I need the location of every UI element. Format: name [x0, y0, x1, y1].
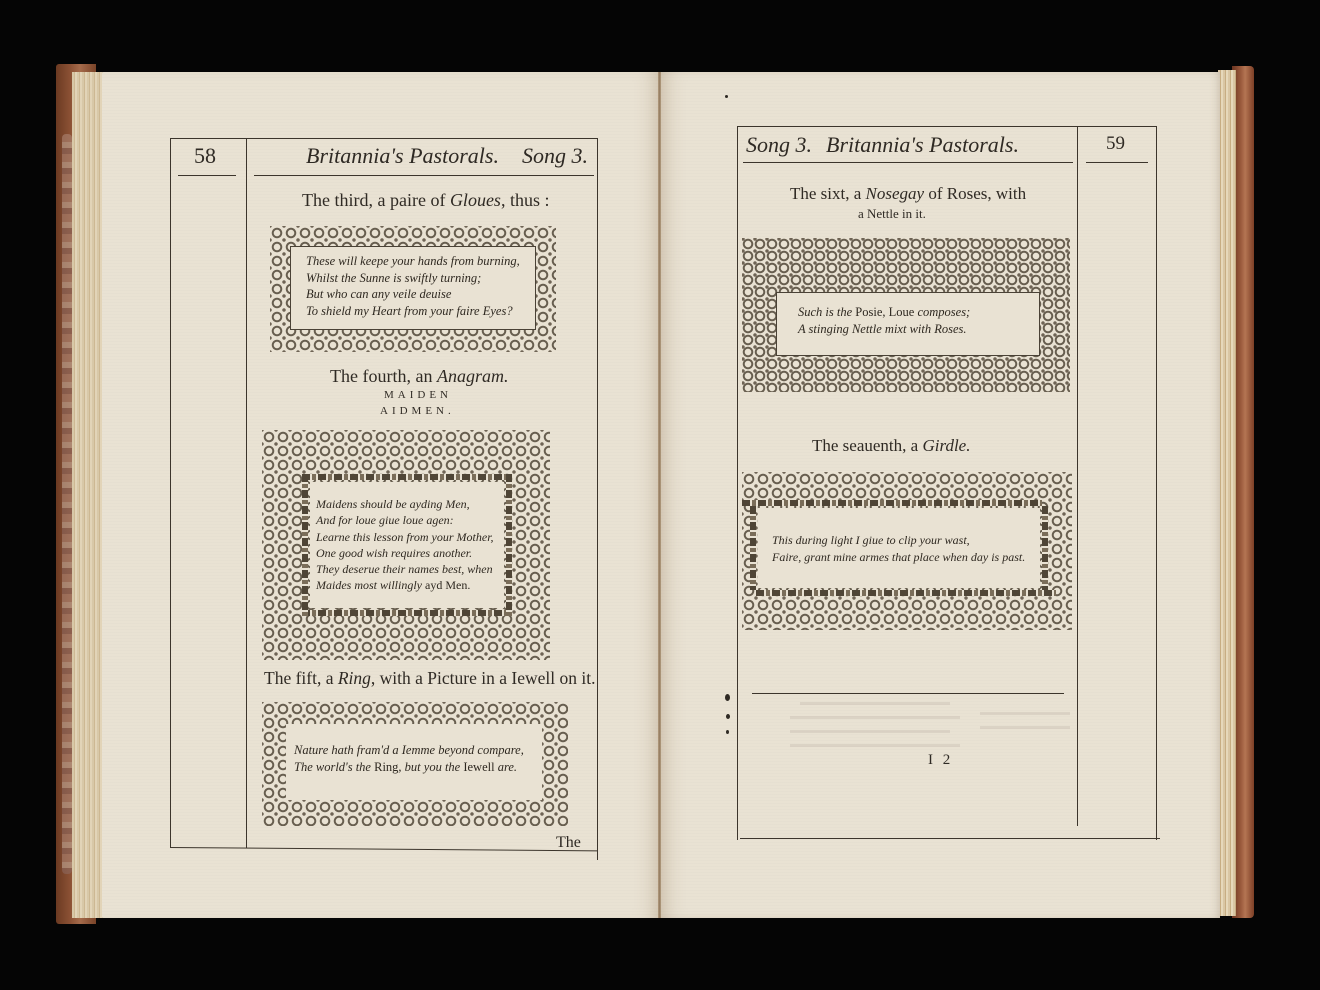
chain-border-left — [302, 474, 308, 616]
running-title-left: Britannia's Pastorals. — [306, 143, 499, 169]
verse-nosegay: Such is the Posie, Loue composes; A stin… — [798, 304, 970, 337]
anagram-aidmen: AIDMEN. — [380, 405, 455, 417]
signature-mark: I 2 — [928, 752, 953, 769]
caption-gloves: The third, a paire of Gloues, thus : — [302, 190, 549, 211]
fore-edge-right — [1218, 70, 1236, 916]
verse-anagram: Maidens should be ayding Men, And for lo… — [316, 496, 494, 594]
catchword: The — [556, 834, 581, 852]
chain-border-right — [1042, 506, 1048, 590]
chain-border-bottom — [756, 590, 1056, 596]
fore-edge-left — [72, 72, 104, 918]
caption-anagram: The fourth, an Anagram. — [330, 366, 508, 387]
chain-border-top — [302, 474, 512, 480]
ornamental-border-girdle: This during light I giue to clip your wa… — [742, 472, 1072, 630]
verse-ring: Nature hath fram'd a Iemme beyond compar… — [294, 742, 524, 775]
verse-gloves: These will keepe your hands from burning… — [306, 253, 520, 319]
caption-ring: The fift, a Ring, with a Picture in a Ie… — [264, 668, 595, 689]
running-section-right: Song 3. — [746, 132, 812, 158]
ornamental-border-gloves: These will keepe your hands from burning… — [270, 226, 556, 352]
ornamental-border-nosegay: Such is the Posie, Loue composes; A stin… — [742, 238, 1070, 392]
chain-border-right — [506, 474, 512, 616]
caption-nosegay: The sixt, a Nosegay of Roses, with — [790, 184, 1026, 204]
chain-border-left — [750, 506, 756, 590]
caption-nosegay-line2: a Nettle in it. — [858, 206, 926, 222]
marbled-edge — [62, 134, 72, 874]
ornamental-border-anagram: Maidens should be ayding Men, And for lo… — [262, 430, 550, 660]
running-title-right: Britannia's Pastorals. — [826, 132, 1019, 158]
chain-border-bottom — [302, 610, 512, 616]
page-number-left: 58 — [194, 143, 216, 169]
page-number-right: 59 — [1106, 133, 1125, 155]
running-section-left: Song 3. — [522, 143, 588, 169]
caption-girdle: The seauenth, a Girdle. — [812, 436, 970, 456]
anagram-maiden: MAIDEN — [384, 389, 452, 401]
gutter — [658, 72, 661, 918]
verse-girdle: This during light I giue to clip your wa… — [772, 532, 1025, 565]
ornamental-border-ring: Nature hath fram'd a Iemme beyond compar… — [262, 702, 568, 826]
chain-border-top — [742, 500, 1042, 506]
